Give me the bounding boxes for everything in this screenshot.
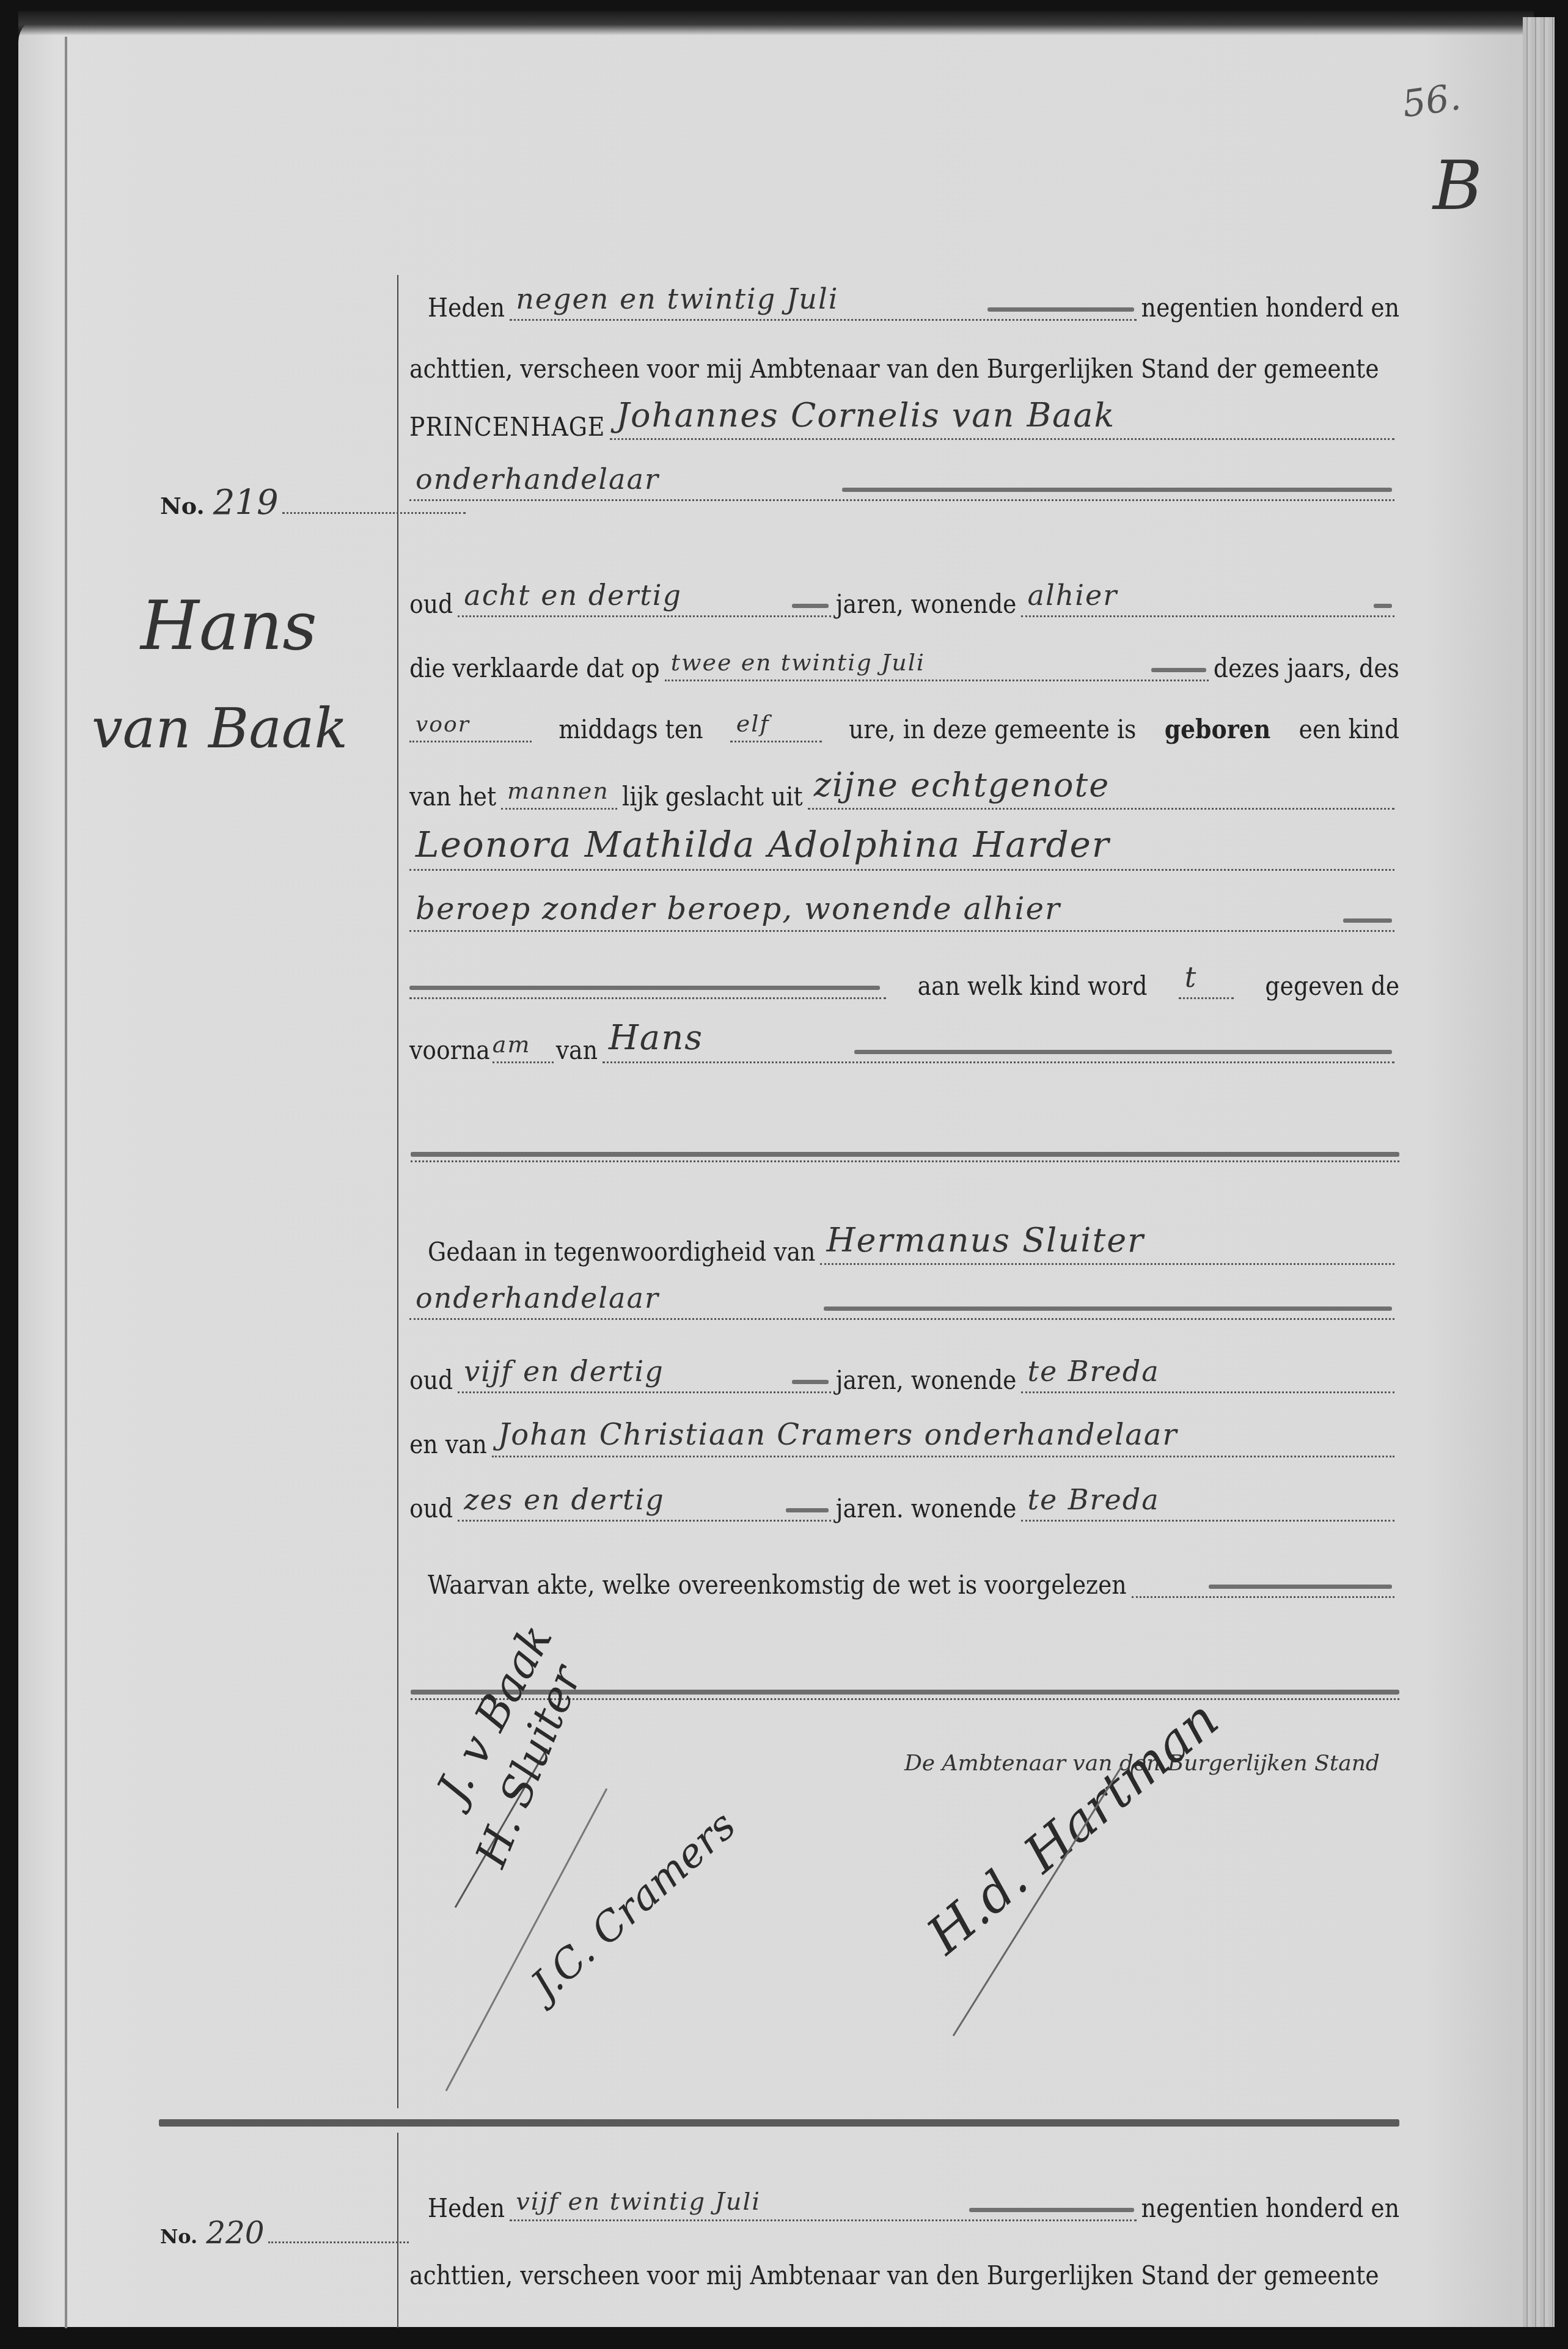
line-mother-occupation: beroep zonder beroep, wonende alhier — [409, 883, 1399, 932]
fill-mother-name: Leonora Mathilda Adolphina Harder — [409, 830, 1394, 871]
line-mother-name: Leonora Mathilda Adolphina Harder — [409, 822, 1399, 871]
fill-declarant-name: Johannes Cornelis van Baak — [610, 399, 1394, 440]
fill-declarant-residence: alhier — [1021, 576, 1394, 617]
line-sex-mother: van het mannen lijk geslacht uit zijne e… — [409, 761, 1399, 810]
entry-number-label: No. — [160, 2225, 197, 2248]
fill-relation: zijne echtgenote — [808, 769, 1394, 810]
fill-witness2-age: zes en dertig — [458, 1481, 831, 1522]
printed-oud: oud — [409, 1496, 453, 1522]
scan-bottom-edge — [0, 2328, 1568, 2349]
line-achttien-220: achttien, verscheen voor mij Ambtenaar v… — [409, 2240, 1399, 2289]
column-divider — [397, 275, 398, 2108]
entry-number-220: No.220 — [160, 2215, 409, 2251]
fill-declarant-occupation: onderhandelaar — [409, 460, 1394, 501]
printed-gedaan: Gedaan in tegenwoordigheid van — [428, 1239, 815, 1265]
printed-aan-welk-kind: aan welk kind word — [918, 973, 1148, 999]
fill-sex: mannen — [501, 769, 617, 810]
fill-witness2-name: Johan Christiaan Cramers onderhandelaar — [492, 1416, 1394, 1457]
fill-witness2-residence: te Breda — [1021, 1481, 1394, 1522]
printed-van-het: van het — [409, 784, 496, 810]
printed-year-prefix: negentien honderd en — [1141, 2196, 1399, 2221]
line-witness1-name: Gedaan in tegenwoordigheid van Hermanus … — [409, 1216, 1399, 1265]
fill-closing-rule — [1132, 1557, 1394, 1598]
line-birth-time: voor middags ten elf ure, in deze gemeen… — [409, 694, 1399, 742]
printed-voorna: voorna — [409, 1038, 490, 1063]
printed-verklaarde: die verklaarde dat op — [409, 656, 660, 681]
fill-declarant-age: acht en dertig — [458, 576, 831, 617]
line-child-name-intro: aan welk kind word t gegeven de — [409, 950, 1399, 999]
printed-jaren-wonende: jaren, wonende — [836, 592, 1017, 617]
page-letter: B — [1433, 147, 1482, 225]
fill-mother-occupation-residence: beroep zonder beroep, wonende alhier — [409, 891, 1394, 932]
fill-name-suffix: am — [493, 1022, 554, 1063]
entry-number-label: No. — [160, 492, 205, 519]
printed-van: van — [556, 1038, 598, 1063]
fill-birth-date: twee en twintig Juli — [665, 640, 1209, 681]
line-heden-220: Heden vijf en twintig Juli negentien hon… — [409, 2172, 1399, 2221]
page-number: 56. — [1400, 76, 1464, 126]
printed-lijk-geslacht-uit: lijk geslacht uit — [622, 784, 803, 810]
line-witness2-name: en van Johan Christiaan Cramers onderhan… — [409, 1409, 1399, 1457]
entry-number-value: 219 — [213, 483, 279, 522]
entry-number-dots — [268, 2241, 409, 2243]
printed-dezes-jaars: dezes jaars, des — [1214, 656, 1399, 681]
page-edge-bundle — [1523, 17, 1555, 2327]
fill-hour: elf — [730, 702, 822, 742]
printed-heden: Heden — [428, 295, 505, 321]
binding-edge — [65, 37, 67, 2334]
printed-oud: oud — [409, 592, 453, 617]
printed-intro: achttien, verscheen voor mij Ambtenaar v… — [409, 2263, 1379, 2289]
line-princenhage: PRINCENHAGE Johannes Cornelis van Baak — [409, 391, 1399, 440]
entry-number-value: 220 — [206, 2215, 264, 2251]
fill-date-recorded-220: vijf en twintig Juli — [510, 2180, 1136, 2221]
fill-witness1-age: vijf en dertig — [458, 1352, 831, 1393]
printed-jaren-wonende: jaren. wonende — [836, 1496, 1017, 1522]
printed-en-van: en van — [409, 1432, 487, 1457]
line-child-first-name: voorna am van Hans — [409, 1014, 1399, 1063]
fill-word-suffix: t — [1179, 958, 1234, 999]
fill-date-recorded: negen en twintig Juli — [510, 280, 1136, 321]
page-top-edge-shadow — [18, 11, 1534, 35]
line-witness1-age: oud vijf en dertig jaren, wonende te Bre… — [409, 1344, 1399, 1393]
printed-closing-statement: Waarvan akte, welke overeenkomstig de we… — [428, 1572, 1127, 1598]
line-declarant-occupation: onderhandelaar — [409, 452, 1399, 501]
ruled-line — [411, 1152, 1399, 1160]
line-waarvan-akte: Waarvan akte, welke overeenkomstig de we… — [409, 1549, 1399, 1598]
margin-child-first-name: Hans — [141, 587, 317, 665]
entry-number-dots — [282, 512, 466, 514]
line-witness2-age: oud zes en dertig jaren. wonende te Bred… — [409, 1473, 1399, 1522]
printed-year-prefix: negentien honderd en — [1141, 295, 1399, 321]
printed-municipality: PRINCENHAGE — [409, 414, 605, 440]
printed-oud: oud — [409, 1368, 453, 1393]
printed-heden: Heden — [428, 2196, 505, 2221]
printed-gegeven-de: gegeven de — [1265, 973, 1399, 999]
line-birth-date: die verklaarde dat op twee en twintig Ju… — [409, 632, 1399, 681]
printed-jaren-wonende: jaren, wonende — [836, 1368, 1017, 1393]
fill-day-half: voor — [409, 702, 532, 742]
line-achttien: achttien, verscheen voor mij Ambtenaar v… — [409, 333, 1399, 382]
line-witness1-occupation: onderhandelaar — [409, 1271, 1399, 1320]
printed-ure-gemeente: ure, in deze gemeente is — [849, 717, 1136, 742]
printed-een-kind: een kind — [1299, 717, 1399, 742]
printed-intro: achttien, verscheen voor mij Ambtenaar v… — [409, 356, 1379, 382]
margin-child-surname: van Baak — [92, 697, 348, 761]
printed-geboren: geboren — [1165, 717, 1271, 742]
fill-blank-ruled — [409, 958, 886, 999]
fill-witness1-occupation: onderhandelaar — [409, 1279, 1394, 1320]
printed-middags-ten: middags ten — [559, 717, 703, 742]
entry-separator — [159, 2119, 1399, 2127]
fill-child-first-name: Hans — [603, 1022, 1394, 1063]
fill-witness1-name: Hermanus Sluiter — [820, 1224, 1394, 1265]
fill-witness1-residence: te Breda — [1021, 1352, 1394, 1393]
line-heden: Heden negen en twintig Juli negentien ho… — [409, 272, 1399, 321]
line-declarant-age: oud acht en dertig jaren, wonende alhier — [409, 568, 1399, 617]
